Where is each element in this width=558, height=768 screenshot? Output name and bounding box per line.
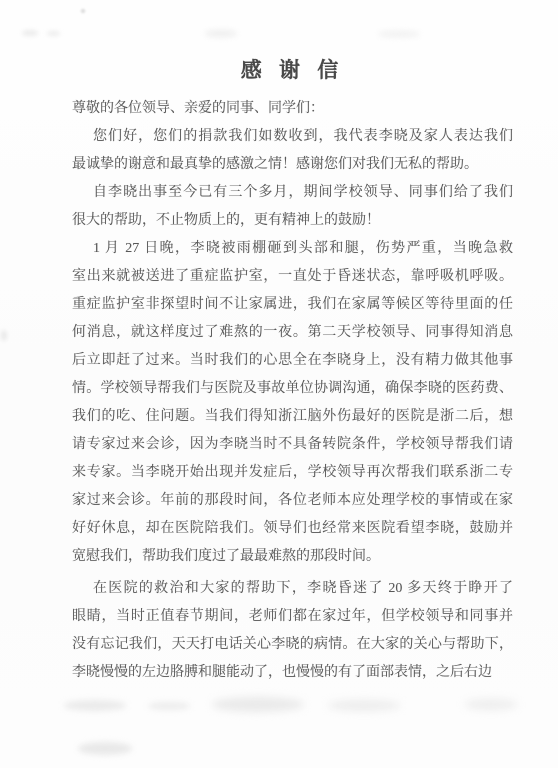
- letter-line: 李晓慢慢的左边胳膊和腿能动了，也慢慢的有了面部表情，之后右边: [72, 659, 513, 687]
- letter-body: 您们好，您们的捐款我们如数收到，我代表李晓及家人表达我们最诚挚的谢意和最真挚的感…: [72, 123, 513, 687]
- scan-artifact: [328, 700, 400, 711]
- letter-paragraph: 1 月 27 日晚，李晓被雨棚砸到头部和腿，伤势严重，当晚急救室出来就被送进了重…: [72, 235, 513, 571]
- letter-line: 请专家过来会诊，因为李晓当时不具备转院条件，学校领导帮我们请: [72, 431, 513, 459]
- letter-page: 感 谢 信 尊敬的各位领导、亲爱的同事、同学们： 您们好，您们的捐款我们如数收到…: [0, 0, 558, 768]
- letter-line: 宽慰我们，帮助我们度过了最最难熬的那段时间。: [72, 543, 513, 571]
- letter-line: 来专家。当李晓开始出现并发症后，学校领导再次帮我们联系浙二专: [72, 459, 513, 487]
- scan-artifact: [22, 30, 38, 36]
- letter-line: 室出来就被送进了重症监护室，一直处于昏迷状态，靠呼吸机呼吸。: [72, 263, 513, 291]
- scan-artifact: [465, 699, 517, 710]
- letter-content: 感 谢 信 尊敬的各位领导、亲爱的同事、同学们： 您们好，您们的捐款我们如数收到…: [72, 0, 513, 687]
- letter-line: 1 月 27 日晚，李晓被雨棚砸到头部和腿，伤势严重，当晚急救: [72, 235, 513, 263]
- letter-line: 我们的吃、住问题。当我们得知浙江脑外伤最好的医院是浙二后，想: [72, 403, 513, 431]
- letter-line: 情。学校领导帮我们与医院及事故单位协调沟通，确保李晓的医药费、: [72, 375, 513, 403]
- letter-title: 感 谢 信: [72, 0, 513, 85]
- letter-paragraph: 您们好，您们的捐款我们如数收到，我代表李晓及家人表达我们最诚挚的谢意和最真挚的感…: [72, 123, 513, 179]
- letter-line: 好好休息，却在医院陪我们。领导们也经常来医院看望李晓，鼓励并: [72, 515, 513, 543]
- letter-paragraph: 自李晓出事至今已有三个多月，期间学校领导、同事们给了我们很大的帮助，不止物质上的…: [72, 179, 513, 235]
- letter-line: 您们好，您们的捐款我们如数收到，我代表李晓及家人表达我们: [72, 123, 513, 151]
- letter-salutation: 尊敬的各位领导、亲爱的同事、同学们：: [72, 95, 513, 123]
- scan-artifact: [78, 742, 132, 755]
- letter-line: 后立即赶了过来。当时我们的心思全在李晓身上，没有精力做其他事: [72, 347, 513, 375]
- scan-artifact: [212, 697, 304, 712]
- letter-line: 自李晓出事至今已有三个多月，期间学校领导、同事们给了我们: [72, 179, 513, 207]
- scan-artifact: [1, 330, 7, 341]
- letter-paragraph: 在医院的救治和大家的帮助下，李晓昏迷了 20 多天终于睁开了眼睛，当时正值春节期…: [72, 575, 513, 687]
- scan-artifact: [148, 702, 190, 710]
- letter-body-text: 尊敬的各位领导、亲爱的同事、同学们： 您们好，您们的捐款我们如数收到，我代表李晓…: [72, 95, 513, 687]
- letter-line: 家过来会诊。年前的那段时间，各位老师本应处理学校的事情或在家: [72, 487, 513, 515]
- letter-line: 很大的帮助，不止物质上的，更有精神上的鼓励！: [72, 207, 513, 235]
- scan-artifact: [64, 700, 126, 711]
- letter-line: 何消息，就这样度过了难熬的一夜。第二天学校领导、同事得知消息: [72, 319, 513, 347]
- letter-line: 没有忘记我们，天天打电话关心李晓的病情。在大家的关心与帮助下，: [72, 631, 513, 659]
- letter-line: 最诚挚的谢意和最真挚的感激之情！感谢您们对我们无私的帮助。: [72, 151, 513, 179]
- scan-artifact: [47, 31, 60, 36]
- letter-line: 在医院的救治和大家的帮助下，李晓昏迷了 20 多天终于睁开了: [72, 575, 513, 603]
- letter-line: 眼睛，当时正值春节期间，老师们都在家过年，但学校领导和同事并: [72, 603, 513, 631]
- letter-line: 重症监护室非探望时间不让家属进，我们在家属等候区等待里面的任: [72, 291, 513, 319]
